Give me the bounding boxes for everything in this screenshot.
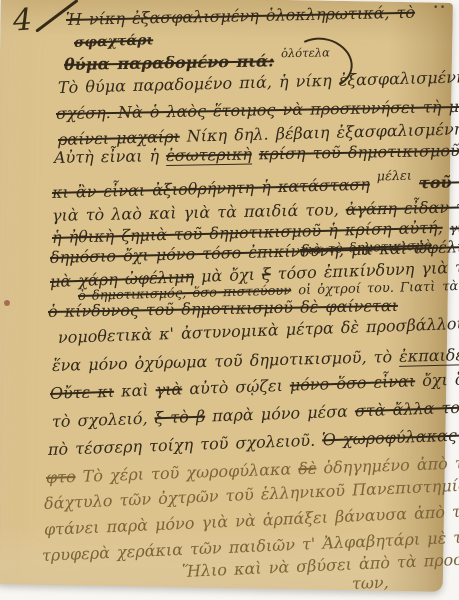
struck-text-segment: θύμα παραδομένο πιά: [64, 51, 274, 74]
text-segment: ὁλότελα [281, 45, 330, 60]
text-segment: ὁδηγημένο ἀπὸ τὸ [323, 453, 459, 477]
struck-text-segment: στὰ ἄλλα τους [355, 397, 459, 420]
struck-text-segment: Ἡ νίκη ἐξασφαλισμένη ὁλοκληρωτικά, τὸ [66, 3, 415, 29]
struck-text-segment: κρίση τοῦ δημοτικισμοῦ [259, 141, 459, 164]
text-segment: τὸ σχολειό, [52, 409, 148, 431]
text-segment: παρὰ μόνο μέσα [212, 402, 348, 426]
manuscript-line: θύμα παραδομένο πιά:ὁλότελα [64, 47, 330, 73]
struck-text-segment: κι ἂν εἶναι ἀξιοθρήνητη ἡ κατάσταση [52, 175, 370, 202]
manuscript-line: κι ἂν εἶναι ἀξιοθρήνητη ἡ κατάστασημέλει… [52, 167, 459, 201]
struck-text-segment: δὲ [298, 459, 317, 479]
text-segment: Αὐτὴ εἶναι ἡ [54, 146, 159, 167]
struck-text-segment: ραίνει μαχαίρι [58, 127, 180, 149]
manuscript-line: των, [352, 575, 389, 592]
text-segment: ἐκπαιδευτικό [399, 344, 459, 367]
struck-text-segment: ἀγάπη εἶδαν τὰ φῶτα [346, 196, 459, 219]
text-segment: ὄχι ὅλο του [422, 368, 459, 390]
manuscript-line: Ἡ νίκη ἐξασφαλισμένη ὁλοκληρωτικά, τὸ [66, 5, 415, 28]
text-segment: ἕνα μόνο ὀχύρωμα τοῦ δημοτικισμοῦ, τὸ [52, 347, 393, 375]
page-number: 4 [12, 2, 33, 38]
manuscript-line: τὸ σχολειό,ξ τὸ βπαρὰ μόνο μέσαστὰ ἄλλα … [52, 398, 459, 430]
text-segment: μέλει [376, 169, 412, 185]
manuscript-line: ἕνα μόνο ὀχύρωμα τοῦ δημοτικισμοῦ, τὸἐκπ… [52, 344, 459, 374]
struck-text-segment: φτο [46, 467, 76, 487]
struck-text-segment: Οὔτε κι [50, 382, 115, 403]
text-segment: Τὸ χέρι τοῦ χωροφύλακα [82, 459, 291, 485]
struck-text-segment: Ὁ χωροφύλακας ἀ [322, 425, 459, 449]
struck-text-segment: ἐσωτερικὴ [166, 145, 252, 166]
corner-dots-mark: .. [433, 0, 447, 12]
manuscript-line: σχέση. Νὰ ὁ λαὸς ἕτοιμος νὰ προσκυνήσει … [56, 98, 459, 122]
ink-layer: 4 .. Ἡ νίκη ἐξασφαλισμένη ὁλοκληρωτικά, … [0, 0, 459, 600]
struck-text-segment: σχέση. Νὰ ὁ λαὸς ἕτοιμος νὰ προσκυνήσει … [56, 96, 459, 123]
struck-text-segment: γιὰ [155, 379, 182, 399]
text-segment: αὐτὸ σῴζει [189, 376, 283, 398]
struck-text-segment: γιὰ τὸ [450, 220, 459, 236]
struck-text-segment: ξ τὸ β [154, 407, 205, 428]
manuscript-line: πὸ τέσσερη τοίχη τοῦ σχολειοῦ.Ὁ χωροφύλα… [48, 427, 459, 458]
struck-text-segment: ξ [262, 264, 271, 283]
text-segment: τὰ συνταγματικά, [442, 276, 459, 294]
manuscript-line: ὁ κίνδυνος τοῦ δημοτικισμοῦ δὲ φαίνεται [48, 298, 398, 320]
manuscript-line: Οὔτε κικαὶγιὰαὐτὸ σῴζειμόνο ὅσο εἶναιὄχι… [50, 370, 459, 402]
text-segment: καὶ [121, 381, 149, 401]
struck-text-segment: τοῦ ἀνθρώπου [419, 170, 459, 192]
text-segment: πὸ τέσσερη τοίχη τοῦ σχολειοῦ. [48, 431, 316, 459]
text-segment: των, [352, 573, 389, 593]
scanned-manuscript: 4 .. Ἡ νίκη ἐξασφαλισμένη ὁλοκληρωτικά, … [0, 0, 459, 600]
struck-text-segment: σφαχτάρι [74, 32, 154, 51]
manuscript-line: σφαχτάρι [74, 33, 154, 50]
paper-stain [4, 300, 10, 306]
text-segment: μὰ ὄχι [201, 265, 256, 286]
struck-text-segment: μόνο ὅσο εἶναι [289, 371, 415, 394]
